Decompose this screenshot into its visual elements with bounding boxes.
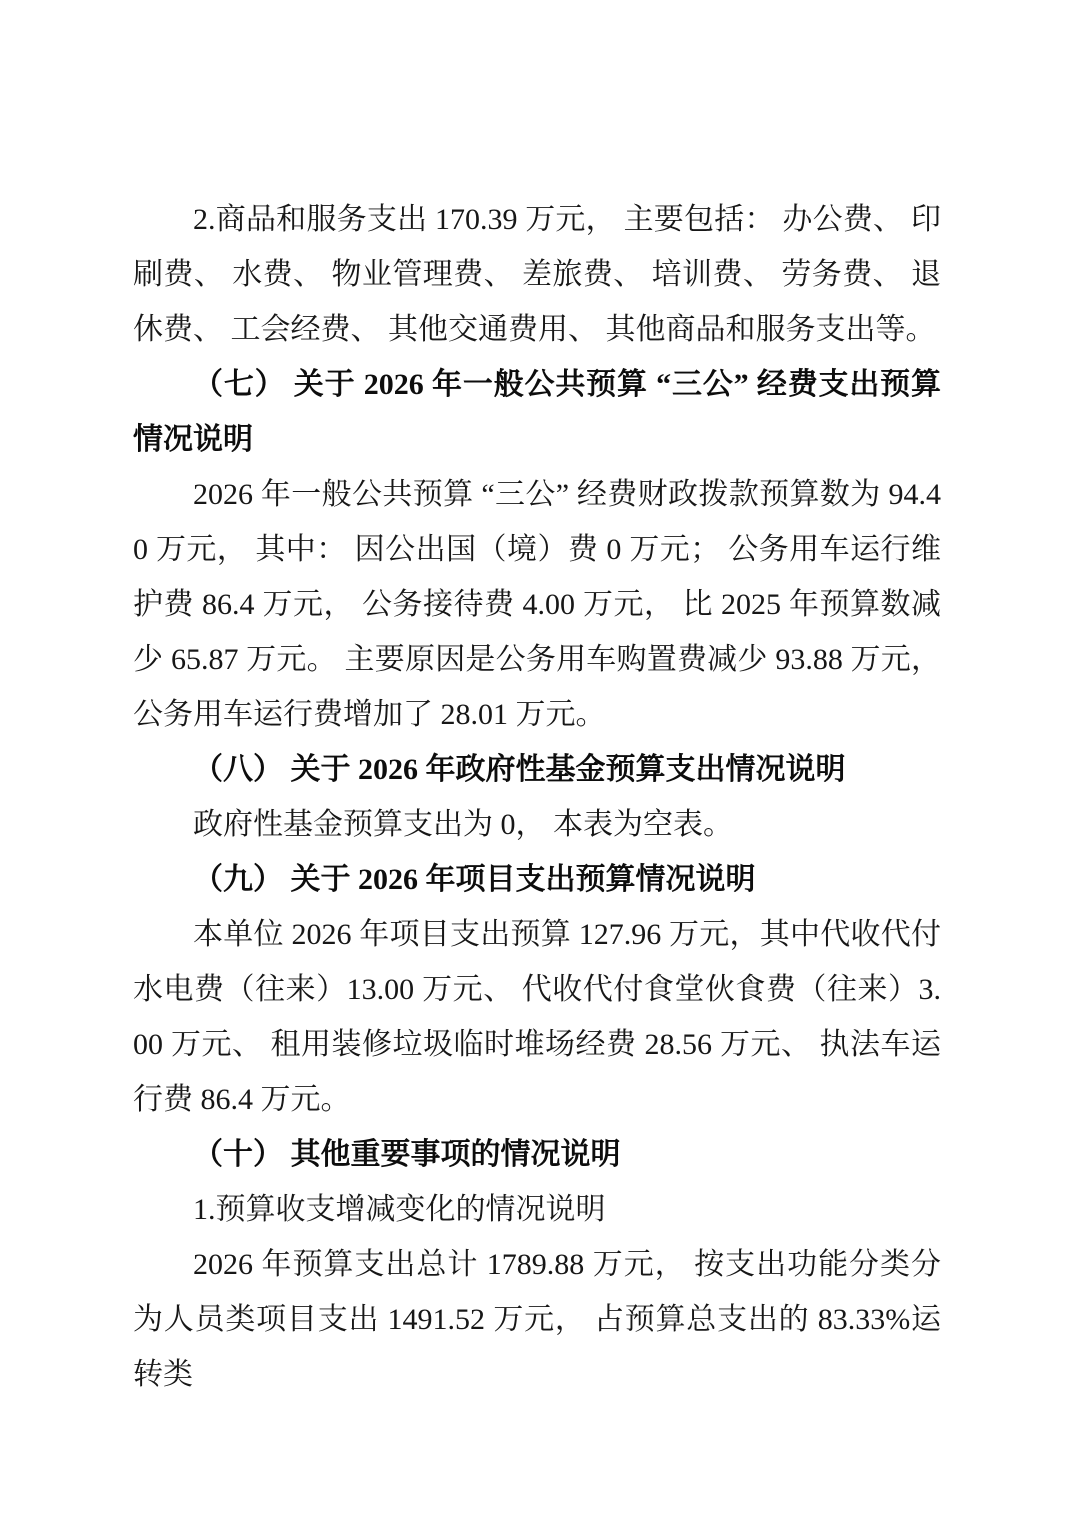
section-heading: （九） 关于 2026 年项目支出预算情况说明 — [133, 852, 941, 907]
section-heading: （八） 关于 2026 年政府性基金预算支出情况说明 — [133, 742, 941, 797]
body-paragraph: 2.商品和服务支出 170.39 万元， 主要包括： 办公费、 印刷费、 水费、… — [133, 192, 941, 357]
section-heading: （七） 关于 2026 年一般公共预算 “三公” 经费支出预算情况说明 — [133, 357, 941, 467]
body-paragraph: 2026 年一般公共预算 “三公” 经费财政拨款预算数为 94.40 万元， 其… — [133, 467, 941, 742]
section-heading: （十） 其他重要事项的情况说明 — [133, 1127, 941, 1182]
body-paragraph: 政府性基金预算支出为 0， 本表为空表。 — [133, 797, 941, 852]
document-body: 2.商品和服务支出 170.39 万元， 主要包括： 办公费、 印刷费、 水费、… — [133, 192, 941, 1402]
body-paragraph: 1.预算收支增减变化的情况说明 — [133, 1182, 941, 1237]
document-page: 2.商品和服务支出 170.39 万元， 主要包括： 办公费、 印刷费、 水费、… — [0, 0, 1074, 1520]
body-paragraph: 2026 年预算支出总计 1789.88 万元， 按支出功能分类分为人员类项目支… — [133, 1237, 941, 1402]
body-paragraph: 本单位 2026 年项目支出预算 127.96 万元，其中代收代付水电费（往来）… — [133, 907, 941, 1127]
